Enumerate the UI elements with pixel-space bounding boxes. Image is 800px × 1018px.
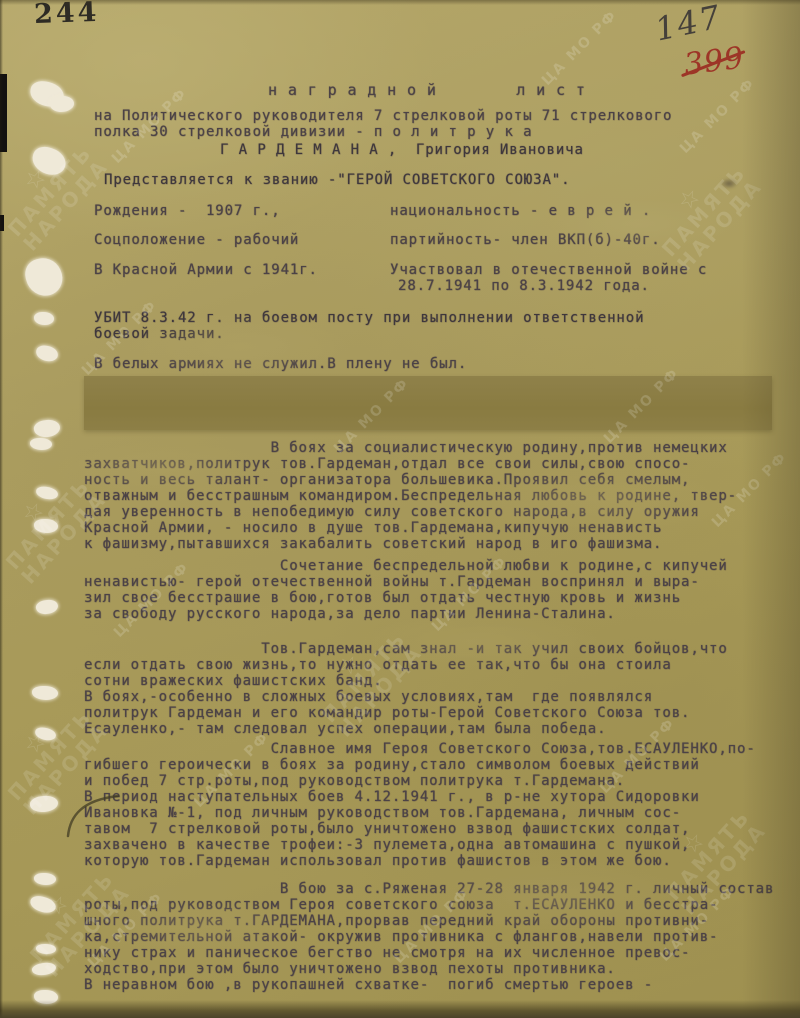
punch-hole [35, 344, 59, 363]
typed-line: ность и весь талант- организатора больше… [84, 472, 737, 488]
typed-line: Сочетание беспредельной любви к родине,с… [84, 558, 728, 574]
scan-edge-right [742, 0, 800, 1018]
citation-paragraph-3: Тов.Гардеман,сам знал -и так учил своих … [84, 641, 728, 737]
typed-line: ка,стремительной атакой- окружив противн… [84, 929, 774, 945]
red-page-number: 399 [682, 40, 746, 82]
typed-line: Тов.Гардеман,сам знал -и так учил своих … [84, 641, 728, 657]
paper-tear [22, 254, 66, 300]
scan-edge-bottom [0, 1000, 800, 1018]
typed-line: которую тов.Гардеман использовал против … [84, 853, 756, 869]
typed-line: тавом 7 стрелковой роты,было уничтожено … [84, 821, 756, 837]
citation-paragraph-4: Славное имя Героя Советского Союза,тов.Е… [84, 741, 756, 869]
document-title: н а г р а д н о й л и с т [268, 82, 586, 98]
header-line-2: полка 30 стрелковой дивизии - п о л и т … [94, 124, 532, 140]
typed-line: если отдать свою жизнь,то нужно отдать е… [84, 657, 728, 673]
scan-edge-top [0, 0, 800, 5]
ink-smudge [720, 178, 738, 189]
typed-line: Красной Армии, - носило в душе тов.Гарде… [84, 520, 737, 536]
typed-line: сотни вражеских фашистских банд. [84, 673, 728, 689]
scan-edge-left-line [0, 0, 3, 1018]
red-number-strikethrough: 399 [682, 40, 746, 82]
citation-paragraph-1: В боях за социалистическую родину,против… [84, 440, 737, 552]
field-killed-1: УБИТ 8.3.42 г. на боевом посту при выпол… [94, 310, 644, 326]
field-war-participation-1: Участвовал в отечественной войне с [390, 262, 707, 278]
typed-line: к фашизму,пытавшихся закабалить советски… [84, 536, 737, 552]
punch-hole [35, 486, 58, 501]
field-white-armies: В белых армиях не служил.В плену не был. [94, 356, 467, 372]
punch-hole [33, 418, 62, 439]
typed-line: захвачено в качестве трофеи:-3 пулемета,… [84, 837, 756, 853]
typed-line: В боях за социалистическую родину,против… [84, 440, 737, 456]
punch-hole [34, 873, 56, 885]
punch-hole [34, 726, 57, 741]
pencil-margin-mark [62, 788, 122, 840]
citation-paragraph-2: Сочетание беспредельной любви к родине,с… [84, 558, 728, 622]
field-party: партийность- член ВКП(б)-40г. [390, 232, 661, 248]
typed-line: и побед 7 стр.роты,под руководством поли… [84, 773, 756, 789]
typed-line: гибшего героически в боях за родину,стал… [84, 757, 756, 773]
punch-hole [36, 944, 56, 954]
punch-hole [34, 312, 54, 325]
punch-hole [29, 894, 58, 915]
typed-line: роты,под руководством Героя советского с… [84, 897, 774, 913]
punch-hole [32, 686, 58, 700]
submission-line: Представляется к званию -"ГЕРОЙ СОВЕТСКО… [104, 172, 570, 188]
archive-watermark: ЦА МО РФ [539, 7, 621, 89]
typed-line: отважным и бесстрашным командиром.Беспре… [84, 488, 737, 504]
field-killed-2: боевой задачи. [94, 326, 225, 342]
punch-hole [29, 143, 69, 178]
star-icon: ☆ [0, 129, 81, 227]
typed-line: В бою за с.Ряженая 27-28 января 1942 г. … [84, 881, 774, 897]
typed-line: шного политрука т.ГАРДЕМАНА,прорвав пере… [84, 913, 774, 929]
redacted-band [84, 376, 772, 430]
typed-line: зил свое бесстрашие в бою,готов был отда… [84, 590, 728, 606]
awardee-name: Г А Р Д Е М А Н А , Григория Ивановича [220, 142, 584, 158]
typed-line: ненавистью- герой отечественной войны т.… [84, 574, 728, 590]
field-social-position: Соцположение - рабочий [94, 232, 299, 248]
citation-paragraph-5: В бою за с.Ряженая 27-28 января 1942 г. … [84, 881, 774, 993]
field-nationality: национальность - е в р е й . [390, 203, 651, 219]
typed-line: Есауленко,- там следовал успех операции,… [84, 721, 728, 737]
pencil-page-number: 147 [652, 0, 726, 49]
punch-hole [49, 94, 75, 113]
star-icon: ☆ [0, 693, 81, 791]
typed-line: политрук Гардеман и его командир роты-Ге… [84, 705, 728, 721]
star-icon: ☆ [0, 462, 79, 560]
document-scan: 244 147 399 н а г р а д н о й л и с т на… [0, 0, 800, 1018]
field-born: Рождения - 1907 г., [94, 203, 281, 219]
punch-hole [30, 438, 52, 450]
punch-hole [35, 598, 59, 616]
field-army-service: В Красной Армии с 1941г. [94, 262, 318, 278]
punch-hole [31, 961, 57, 977]
typed-line: В период наступательных боев 4.12.1941 г… [84, 789, 756, 805]
memory-watermark-line: ПАМЯТЬ [657, 160, 751, 261]
typed-line: Ивановка №-1, под личным руководством то… [84, 805, 756, 821]
header-line-1: на Политического руководителя 7 стрелков… [94, 108, 672, 124]
punch-hole [29, 794, 59, 814]
typed-line: за свободу русского народа,за дело парти… [84, 606, 728, 622]
typed-line: В боях,-особенно в сложных боевых услови… [84, 689, 728, 705]
typed-line: захватчиков,политрук тов.Гардеман,отдал … [84, 456, 737, 472]
typed-line: Славное имя Героя Советского Союза,тов.Е… [84, 741, 756, 757]
typed-line: В неравном бою ,в рукопашней схватке- по… [84, 977, 774, 993]
typed-line: ходство,при этом было уничтожено взвод п… [84, 961, 774, 977]
typed-line: дая уверенность в непобедимую силу совет… [84, 504, 737, 520]
typed-line: нику страх и паническое бегство не смотр… [84, 945, 774, 961]
punch-hole [34, 519, 58, 533]
field-war-participation-2: 28.7.1941 по 8.3.1942 года. [398, 278, 650, 294]
